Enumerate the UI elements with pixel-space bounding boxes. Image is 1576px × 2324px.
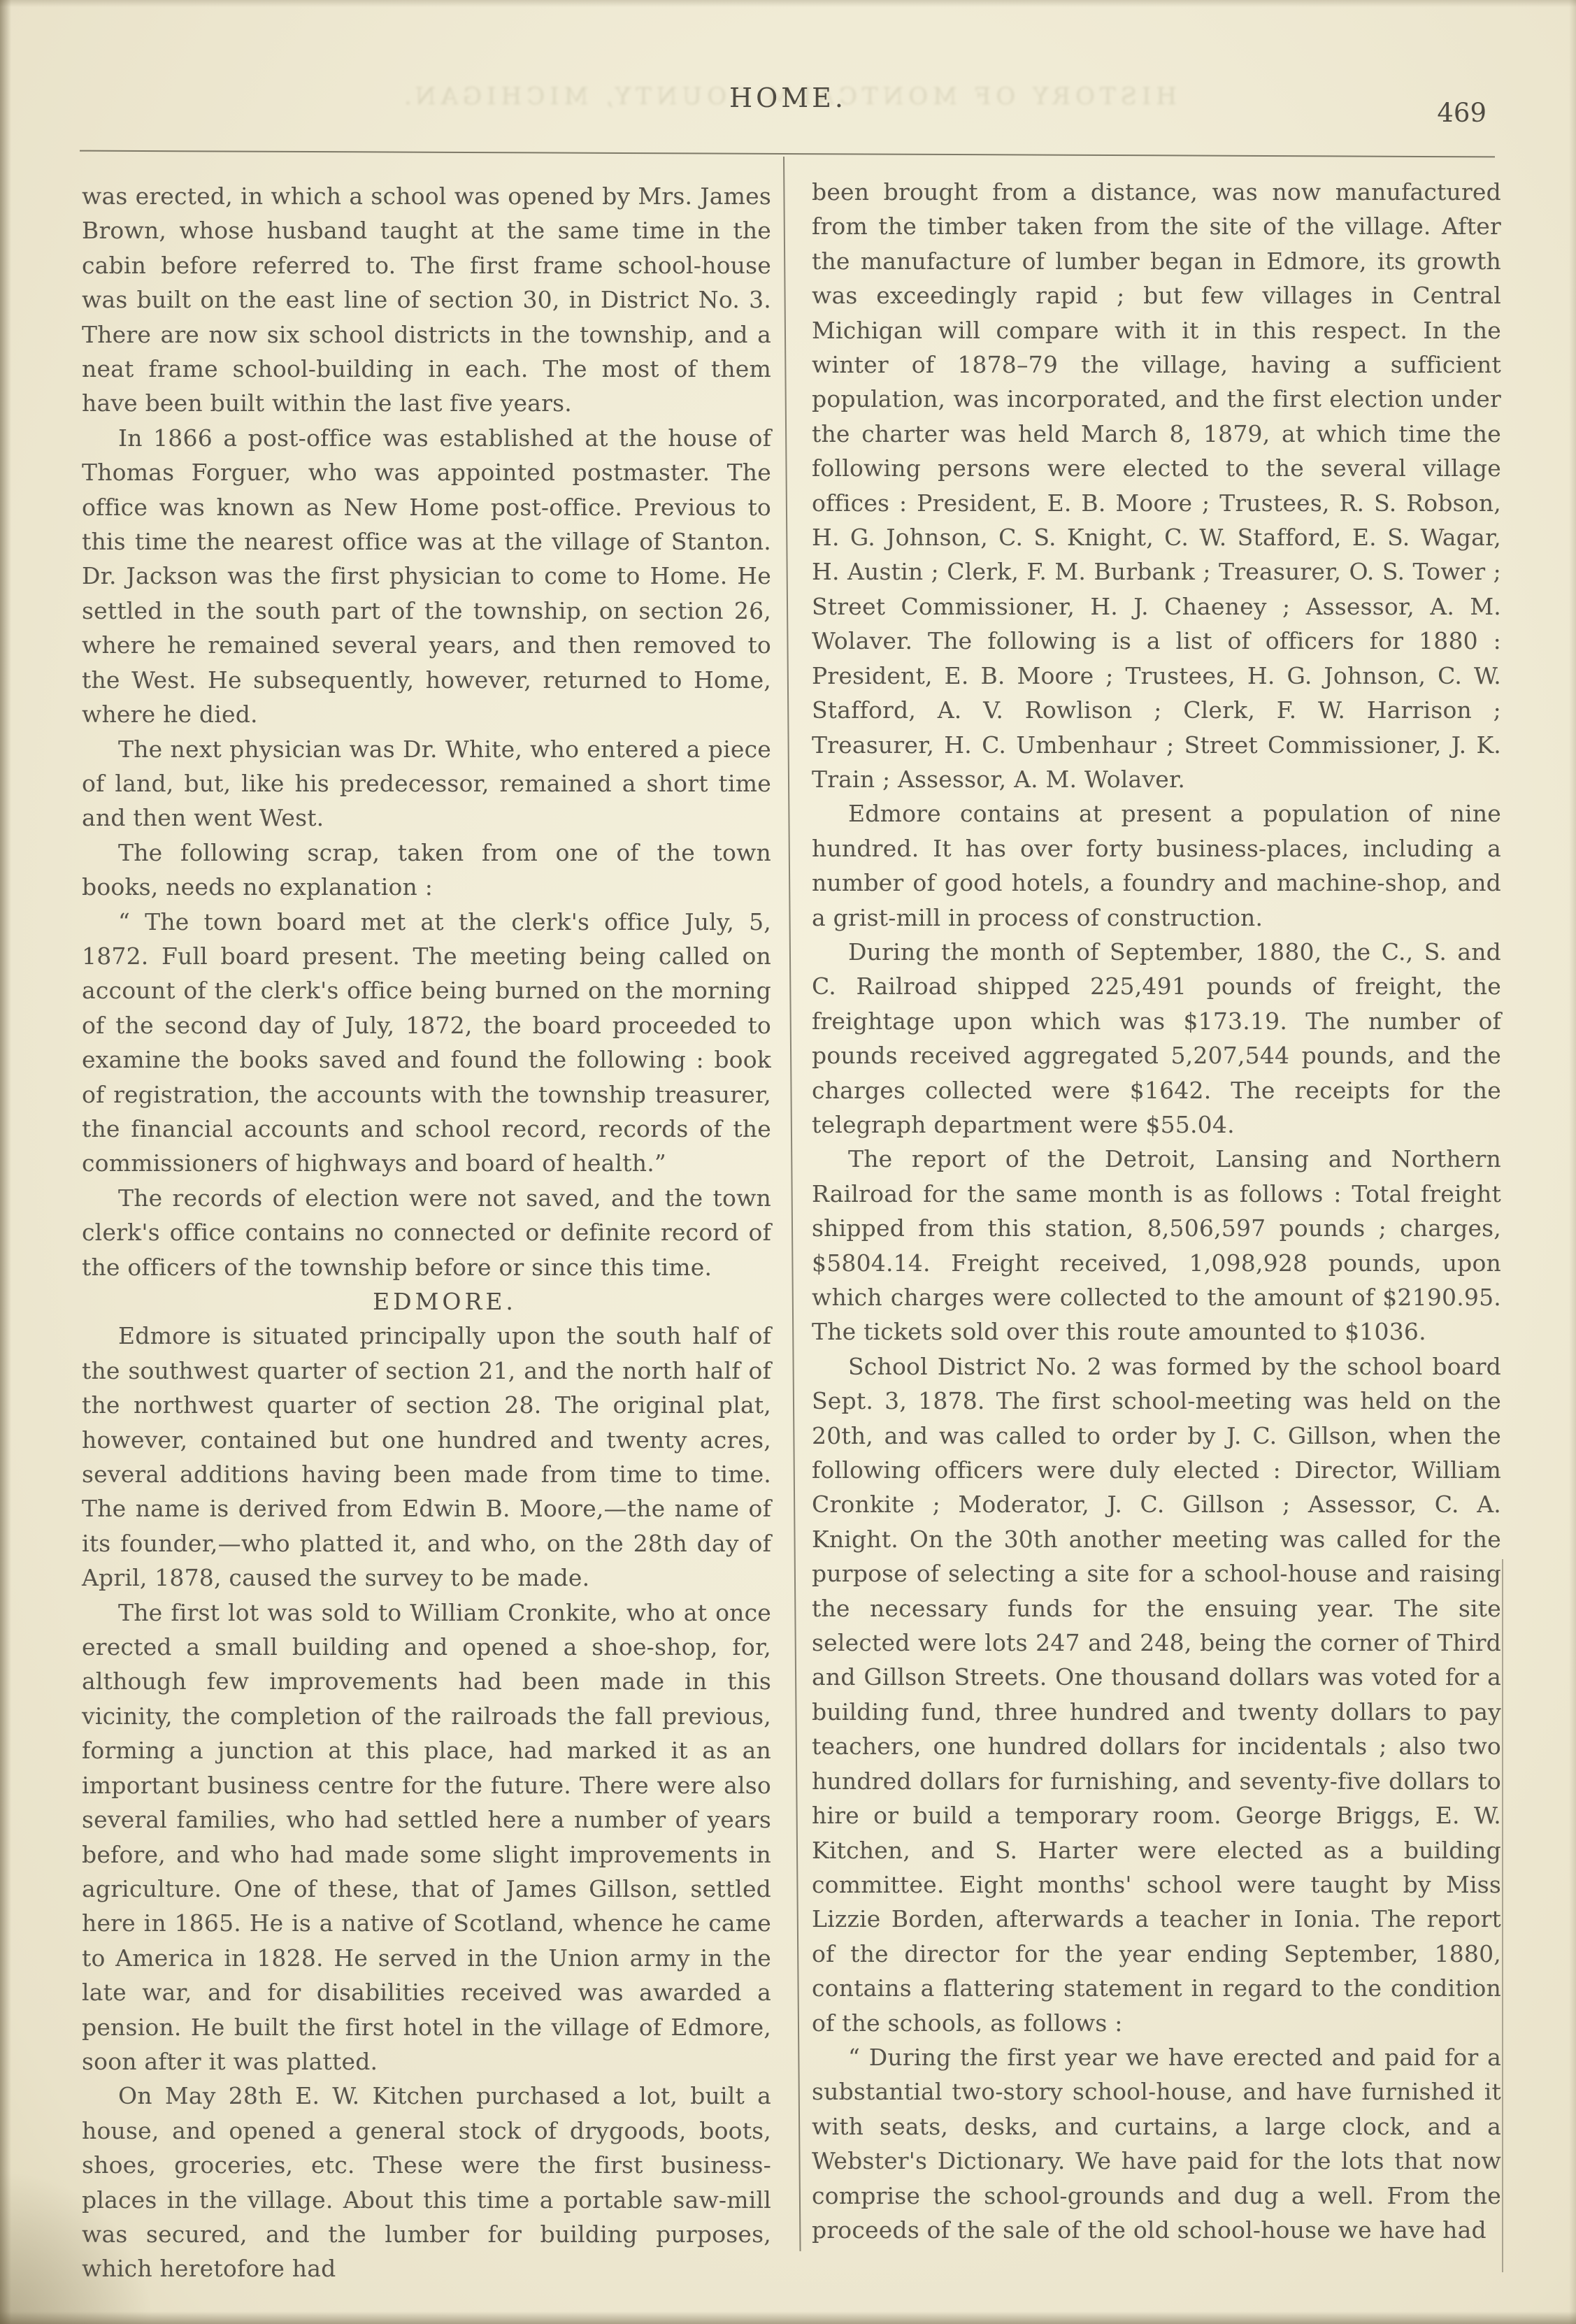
section-heading-edmore: EDMORE. (82, 1284, 771, 1319)
paragraph: “ The town board met at the clerk's offi… (82, 905, 771, 1181)
book-page-scan: HISTORY OF MONTCALM COUNTY, MICHIGAN. HO… (0, 0, 1576, 2324)
scan-artifact-line (1502, 1559, 1503, 2272)
page-edge-bottom-shadow (0, 2311, 1576, 2324)
paragraph: was erected, in which a school was opene… (82, 179, 771, 421)
page-number: 469 (1437, 98, 1487, 128)
paragraph: The following scrap, taken from one of t… (82, 835, 771, 905)
paragraph: Edmore is situated principally upon the … (82, 1319, 771, 1595)
paragraph: School District No. 2 was formed by the … (812, 1349, 1501, 2040)
column-divider (783, 157, 801, 2251)
paragraph: “ During the first year we have erected … (812, 2040, 1501, 2247)
page-edge-top-shadow (0, 0, 1576, 7)
paragraph: During the month of September, 1880, the… (812, 935, 1501, 1142)
paragraph: The records of election were not saved, … (82, 1181, 771, 1284)
left-column: was erected, in which a school was opene… (82, 179, 771, 2286)
right-column: been brought from a distance, was now ma… (812, 175, 1501, 2247)
paragraph: The report of the Detroit, Lansing and N… (812, 1142, 1501, 1349)
page-edge-right-shadow (1569, 0, 1576, 2324)
paragraph: The next physician was Dr. White, who en… (82, 732, 771, 835)
paragraph: Edmore contains at present a population … (812, 796, 1501, 935)
paragraph: On May 28th E. W. Kitchen purchased a lo… (82, 2079, 771, 2286)
running-title: HOME. (0, 83, 1576, 113)
header-rule (80, 150, 1495, 158)
paragraph: been brought from a distance, was now ma… (812, 175, 1501, 796)
paragraph: In 1866 a post-office was established at… (82, 421, 771, 732)
page-edge-left-shadow (0, 0, 11, 2324)
paragraph: The first lot was sold to William Cronki… (82, 1595, 771, 2079)
